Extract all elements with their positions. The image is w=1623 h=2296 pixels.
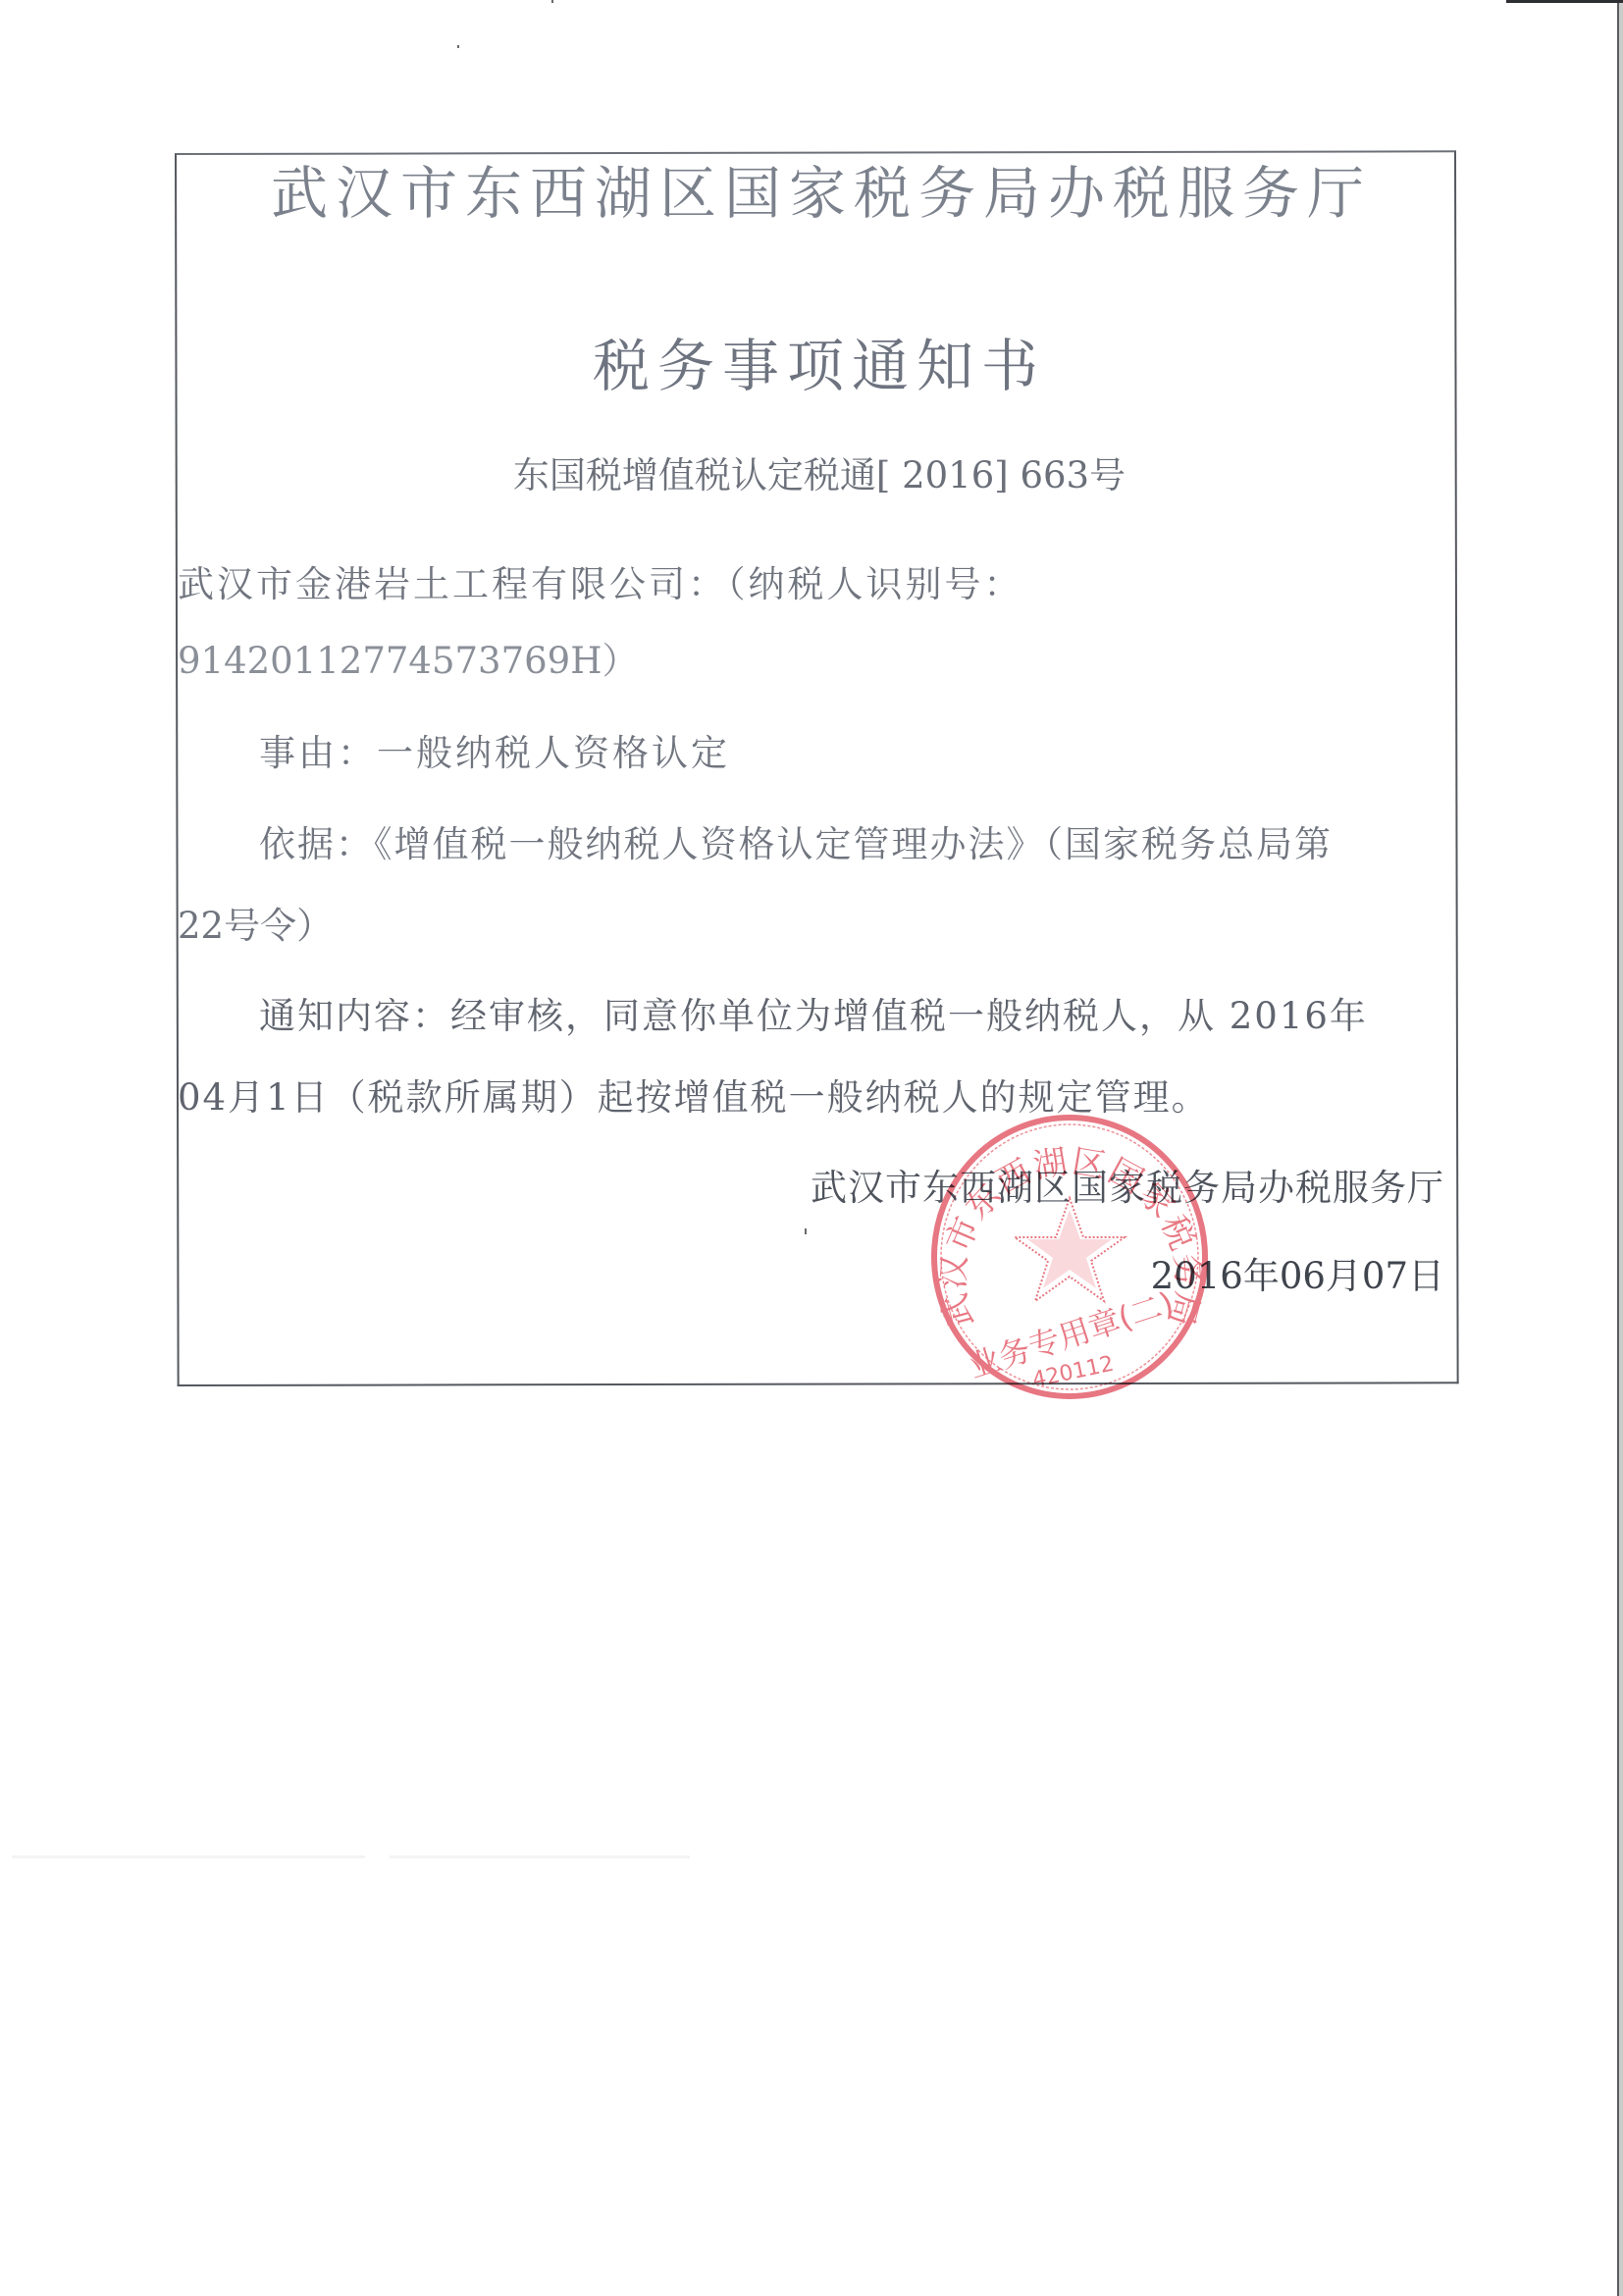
office-title: 武汉市东西湖区国家税务局办税服务厅 (6, 165, 1623, 222)
notice-content-line-2: 04月1日（税款所属期）起按增值税一般纳税人的规定管理。 (178, 1079, 1210, 1116)
document-title: 税务事项通知书 (8, 338, 1623, 394)
scan-band (390, 1855, 690, 1858)
basis-line-1: 依据：《增值税一般纳税人资格认定管理办法》（国家税务总局第 (259, 826, 1333, 862)
taxpayer-id-line: 91420112774573769H） (178, 643, 638, 679)
notice-content-line-1: 通知内容：经审核，同意你单位为增值税一般纳税人，从 2016年 (259, 998, 1368, 1034)
scan-band (12, 1855, 365, 1858)
scan-speck (457, 45, 459, 48)
reason-line: 事由：一般纳税人资格认定 (259, 735, 730, 771)
document-number: 东国税增值税认定税通[ 2016] 663号 (8, 457, 1623, 494)
basis-line-2: 22号令） (178, 908, 333, 944)
addressee-line: 武汉市金港岩土工程有限公司：（纳税人识别号： (178, 566, 1023, 602)
issue-date: 2016年06月07日 (1151, 1258, 1444, 1294)
scan-speck (551, 0, 553, 3)
scan-edge-top (1506, 0, 1623, 3)
issuer-signature: 武汉市东西湖区国家税务局办税服务厅 (811, 1170, 1444, 1206)
